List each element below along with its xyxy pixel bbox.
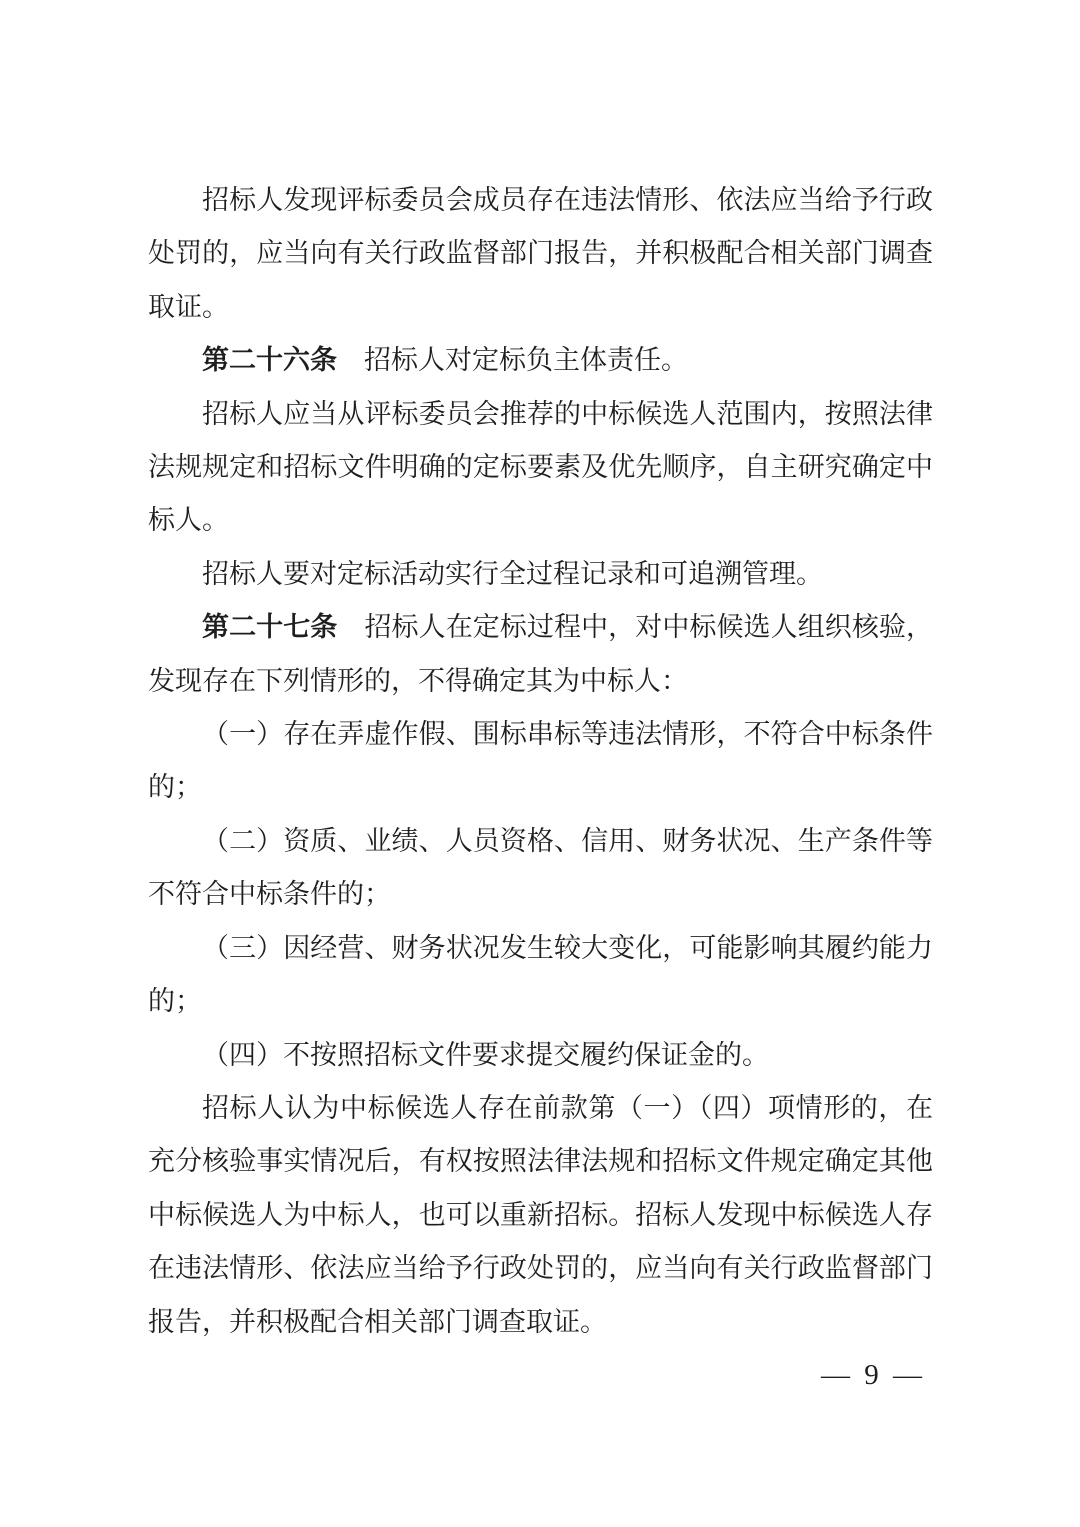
text-segment: 标人。 (148, 505, 229, 535)
article-number-heading: 第二十七条 (202, 612, 337, 642)
text-line: 处罚的，应当向有关行政监督部门报告，并积极配合相关部门调查 (148, 227, 933, 280)
text-segment: 招标人对定标负主体责任。 (337, 345, 688, 375)
text-segment: （三）因经营、财务状况发生较大变化，可能影响其履约能力 (202, 933, 933, 963)
text-segment: 招标人认为中标候选人存在前款第（一）（四）项情形的，在 (202, 1093, 933, 1123)
text-segment: 发现存在下列情形的，不得确定其为中标人： (148, 666, 688, 696)
text-line: 第二十七条 招标人在定标过程中，对中标候选人组织核验， (148, 601, 933, 654)
text-body: 招标人发现评标委员会成员存在违法情形、依法应当给予行政处罚的，应当向有关行政监督… (148, 174, 933, 1349)
text-line: （二）资质、业绩、人员资格、信用、财务状况、生产条件等 (148, 815, 933, 868)
document-page: 招标人发现评标委员会成员存在违法情形、依法应当给予行政处罚的，应当向有关行政监督… (0, 0, 1080, 1527)
text-line: （四）不按照招标文件要求提交履约保证金的。 (148, 1029, 933, 1082)
text-segment: （四）不按照招标文件要求提交履约保证金的。 (202, 1040, 769, 1070)
text-line: 法规规定和招标文件明确的定标要素及优先顺序，自主研究确定中 (148, 441, 933, 494)
text-segment: 充分核验事实情况后，有权按照法律法规和招标文件规定确定其他 (148, 1146, 933, 1176)
text-segment: （二）资质、业绩、人员资格、信用、财务状况、生产条件等 (202, 826, 933, 856)
text-segment: 招标人应当从评标委员会推荐的中标候选人范围内，按照法律 (202, 399, 933, 429)
text-segment: 在违法情形、依法应当给予行政处罚的，应当向有关行政监督部门 (148, 1253, 933, 1283)
text-line: 取证。 (148, 281, 933, 334)
text-line: （三）因经营、财务状况发生较大变化，可能影响其履约能力 (148, 922, 933, 975)
text-line: 不符合中标条件的； (148, 868, 933, 921)
article-number-heading: 第二十六条 (202, 345, 337, 375)
text-line: 发现存在下列情形的，不得确定其为中标人： (148, 655, 933, 708)
page-number: — 9 — (821, 1358, 922, 1392)
text-line: 在违法情形、依法应当给予行政处罚的，应当向有关行政监督部门 (148, 1242, 933, 1295)
text-segment: 招标人要对定标活动实行全过程记录和可追溯管理。 (202, 559, 823, 589)
text-line: 招标人应当从评标委员会推荐的中标候选人范围内，按照法律 (148, 388, 933, 441)
text-segment: 报告，并积极配合相关部门调查取证。 (148, 1307, 607, 1337)
text-line: 报告，并积极配合相关部门调查取证。 (148, 1296, 933, 1349)
text-line: 标人。 (148, 494, 933, 547)
text-segment: 不符合中标条件的； (148, 879, 391, 909)
text-line: （一）存在弄虚作假、围标串标等违法情形，不符合中标条件 (148, 708, 933, 761)
text-segment: 的； (148, 772, 202, 802)
text-line: 充分核验事实情况后，有权按照法律法规和招标文件规定确定其他 (148, 1135, 933, 1188)
text-line: 招标人要对定标活动实行全过程记录和可追溯管理。 (148, 548, 933, 601)
text-line: 的； (148, 761, 933, 814)
text-segment: 的； (148, 986, 202, 1016)
text-segment: 招标人发现评标委员会成员存在违法情形、依法应当给予行政 (202, 185, 933, 215)
text-line: 的； (148, 975, 933, 1028)
text-segment: 招标人在定标过程中，对中标候选人组织核验， (337, 612, 933, 642)
text-segment: 中标候选人为中标人，也可以重新招标。招标人发现中标候选人存 (148, 1200, 933, 1230)
text-segment: 法规规定和招标文件明确的定标要素及优先顺序，自主研究确定中 (148, 452, 933, 482)
text-segment: 取证。 (148, 292, 229, 322)
text-line: 第二十六条 招标人对定标负主体责任。 (148, 334, 933, 387)
text-line: 招标人发现评标委员会成员存在违法情形、依法应当给予行政 (148, 174, 933, 227)
text-line: 招标人认为中标候选人存在前款第（一）（四）项情形的，在 (148, 1082, 933, 1135)
text-segment: 处罚的，应当向有关行政监督部门报告，并积极配合相关部门调查 (148, 238, 933, 268)
text-segment: （一）存在弄虚作假、围标串标等违法情形，不符合中标条件 (202, 719, 933, 749)
text-line: 中标候选人为中标人，也可以重新招标。招标人发现中标候选人存 (148, 1189, 933, 1242)
